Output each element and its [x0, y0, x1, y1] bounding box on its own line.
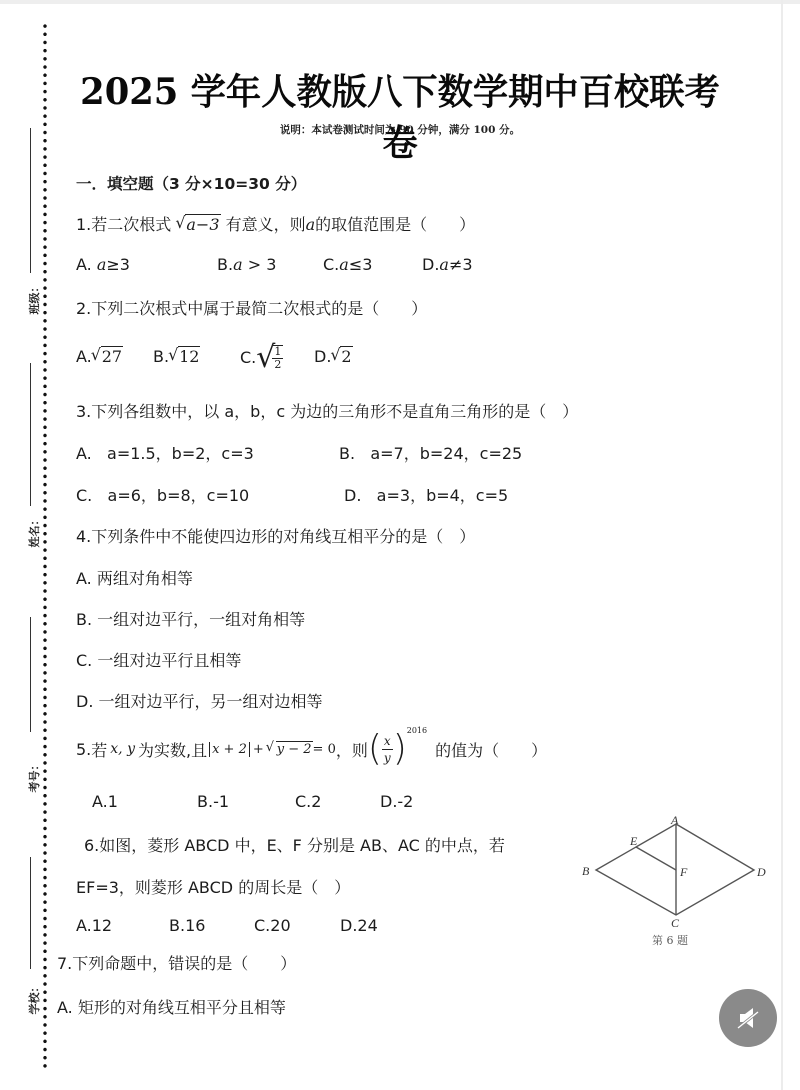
option-label: C. — [323, 255, 339, 274]
stem-text: 下列二次根式中属于最简二次根式的是（ ） — [91, 299, 427, 318]
point-f-label: F — [679, 865, 688, 879]
question-number: 3. — [76, 402, 91, 421]
option-label: D. — [76, 692, 93, 711]
option-text: a=6，b=8，c=10 — [108, 486, 250, 505]
question-number: 5. — [76, 740, 91, 759]
question-6-option-c[interactable]: C.20 — [254, 916, 291, 935]
school-field-label: 学校： — [26, 978, 42, 1018]
radical-expression: 12 — [169, 347, 200, 366]
denominator: y — [382, 750, 393, 766]
question-1-option-c[interactable]: C.a≤3 — [323, 255, 372, 274]
variable: a — [233, 255, 243, 274]
question-4-option-c[interactable]: C. 一组对边平行且相等 — [76, 648, 241, 671]
variable: a — [439, 255, 449, 274]
question-5-option-c[interactable]: C.2 — [295, 792, 321, 811]
question-5-stem: 5.若 x, y 为实数,且 x + 2 + y − 2 = 0 ，则 ( xy… — [76, 724, 547, 774]
stem-text: 若二次根式 — [91, 215, 171, 234]
point-d-label: D — [756, 865, 766, 879]
exponent: 2016 — [407, 726, 427, 735]
option-label: A. — [76, 569, 92, 588]
name-field-label: 姓名： — [26, 511, 42, 551]
variables: x, y — [110, 741, 135, 757]
option-label: B. — [153, 347, 169, 366]
variable: a — [97, 255, 107, 274]
question-2-stem: 2.下列二次根式中属于最简二次根式的是（ ） — [76, 296, 427, 319]
question-2-option-d[interactable]: D.2 — [314, 347, 353, 366]
option-label: C. — [76, 486, 92, 505]
question-3-option-d[interactable]: D. a=3，b=4，c=5 — [344, 483, 508, 506]
question-7-stem: 7.下列命题中，错误的是（ ） — [57, 951, 296, 974]
question-6-option-a[interactable]: A.12 — [76, 916, 112, 935]
radicand: a−3 — [185, 214, 220, 234]
option-text: a=3，b=4，c=5 — [377, 486, 509, 505]
segment-ef — [636, 847, 676, 870]
plus-sign: + — [253, 742, 264, 757]
question-3-option-a[interactable]: A. a=1.5，b=2，c=3 — [76, 441, 254, 464]
option-expr: ≤3 — [349, 255, 373, 274]
option-label: A. — [76, 444, 92, 463]
fraction: 12 — [272, 345, 283, 371]
radical-expression: a−3 — [176, 215, 220, 234]
question-2-option-a[interactable]: A.27 — [76, 347, 123, 366]
numerator: x — [382, 733, 393, 750]
right-paren: ) — [393, 731, 407, 767]
option-label: D. — [314, 347, 331, 366]
radicand: 2 — [340, 346, 352, 366]
option-expr: ≠3 — [449, 255, 473, 274]
class-field-label: 班级： — [26, 278, 42, 318]
variable: a — [306, 215, 316, 234]
stem-text: 若 — [91, 738, 107, 761]
question-3-option-c[interactable]: C. a=6，b=8，c=10 — [76, 483, 249, 506]
section-heading-text: 一．填空题（3 分×10=30 分） — [76, 175, 306, 193]
option-label: C. — [240, 348, 256, 367]
exam-no-field-label: 考号： — [26, 756, 42, 796]
point-e-label: E — [629, 834, 638, 848]
binding-dotted-line — [43, 22, 47, 1070]
radicand: 27 — [101, 346, 123, 366]
option-label: A. — [57, 998, 73, 1017]
option-label: B. — [217, 255, 233, 274]
mute-button[interactable] — [719, 989, 777, 1047]
question-6-option-b[interactable]: B.16 — [169, 916, 205, 935]
figure-caption: 第 6 题 — [652, 933, 688, 947]
option-text: 两组对角相等 — [97, 569, 193, 588]
numerator: 1 — [272, 346, 283, 359]
option-expr: ≥3 — [106, 255, 130, 274]
exam-no-field-line — [30, 617, 31, 732]
option-label: A. — [76, 255, 92, 274]
question-1-stem: 1.若二次根式 a−3 有意义，则a的取值范围是（ ） — [76, 212, 475, 235]
question-5-option-d[interactable]: D.-2 — [380, 792, 413, 811]
point-b-label: B — [582, 864, 590, 878]
question-1-option-b[interactable]: B.a > 3 — [217, 255, 276, 274]
question-5-option-a[interactable]: A.1 — [92, 792, 118, 811]
option-label: C. — [76, 651, 92, 670]
option-label: A. — [76, 347, 92, 366]
option-expr: > 3 — [243, 255, 277, 274]
speaker-muted-icon — [734, 1004, 762, 1032]
stem-text: 的值为（ ） — [435, 738, 547, 761]
school-field-line — [30, 857, 31, 969]
stem-text: 有意义，则 — [226, 215, 306, 234]
stem-text: 下列条件中不能使四边形的对角线互相平分的是（ ） — [91, 527, 475, 546]
variable: a — [339, 255, 349, 274]
option-label: B. — [339, 444, 355, 463]
stem-text: 的取值范围是（ ） — [315, 215, 475, 234]
question-4-stem: 4.下列条件中不能使四边形的对角线互相平分的是（ ） — [76, 524, 475, 547]
name-field-line — [30, 363, 31, 506]
option-text: a=7，b=24，c=25 — [370, 444, 522, 463]
radicand: y − 2 — [276, 741, 313, 757]
question-number: 4. — [76, 527, 91, 546]
class-field-line — [30, 128, 31, 273]
point-a-label: A — [670, 813, 679, 827]
option-label: B. — [76, 610, 92, 629]
question-6-stem-line1: 6.如图，菱形 ABCD 中，E、F 分别是 AB、AC 的中点，若 — [84, 833, 505, 856]
option-label: D. — [422, 255, 439, 274]
question-1-option-d[interactable]: D.a≠3 — [422, 255, 473, 274]
question-6-stem-line2: EF=3，则菱形 ABCD 的周长是（ ） — [76, 875, 350, 898]
page-edge — [781, 0, 783, 1090]
question-3-stem: 3.下列各组数中，以 a，b，c 为边的三角形不是直角三角形的是（ ） — [76, 399, 578, 422]
question-3-option-b[interactable]: B. a=7，b=24，c=25 — [339, 441, 522, 464]
question-number: 1. — [76, 215, 91, 234]
question-2-option-b[interactable]: B.12 — [153, 347, 200, 366]
stem-text: 下列各组数中，以 a，b，c 为边的三角形不是直角三角形的是（ ） — [91, 402, 578, 421]
absolute-value-expression: x + 2 — [209, 742, 250, 757]
stem-text: ，则 — [336, 738, 368, 761]
radical-expression: 2 — [331, 347, 352, 366]
question-2-option-c[interactable]: C.√12 — [240, 340, 283, 375]
radical-expression: 27 — [92, 347, 123, 366]
point-c-label: C — [671, 916, 680, 930]
denominator: 2 — [272, 359, 283, 371]
option-text: a=1.5，b=2，c=3 — [107, 444, 254, 463]
question-5-option-b[interactable]: B.-1 — [197, 792, 229, 811]
section-heading: 一．填空题（3 分×10=30 分） — [76, 172, 306, 194]
question-6-option-d[interactable]: D.24 — [340, 916, 378, 935]
radicand: 12 — [178, 346, 200, 366]
question-4-option-a[interactable]: A. 两组对角相等 — [76, 566, 193, 589]
option-text: 矩形的对角线互相平分且相等 — [78, 998, 286, 1017]
question-7-option-a[interactable]: A. 矩形的对角线互相平分且相等 — [57, 995, 286, 1018]
exam-instructions: 说明：本试卷测试时间为 90 分钟，满分 100 分。 — [60, 122, 740, 137]
equals-zero: = 0 — [313, 742, 336, 757]
question-4-option-d[interactable]: D. 一组对边平行，另一组对边相等 — [76, 689, 323, 712]
radical-expression: y − 2 — [267, 742, 313, 757]
option-text: 一组对边平行，另一组对边相等 — [99, 692, 323, 711]
question-number: 2. — [76, 299, 91, 318]
top-border — [0, 0, 800, 4]
option-text: 一组对边平行，一组对角相等 — [97, 610, 305, 629]
page-title: 2025 学年人教版八下数学期中百校联考卷 — [67, 64, 733, 166]
option-text: 一组对边平行且相等 — [97, 651, 241, 670]
question-4-option-b[interactable]: B. 一组对边平行，一组对角相等 — [76, 607, 305, 630]
left-paren: ( — [368, 731, 382, 767]
stem-text: 为实数,且 — [138, 738, 207, 761]
rhombus-figure: A E B F D C 第 6 题 — [576, 812, 776, 952]
question-1-option-a[interactable]: A. a≥3 — [76, 255, 130, 274]
fraction: xy — [382, 733, 393, 766]
option-label: D. — [344, 486, 361, 505]
